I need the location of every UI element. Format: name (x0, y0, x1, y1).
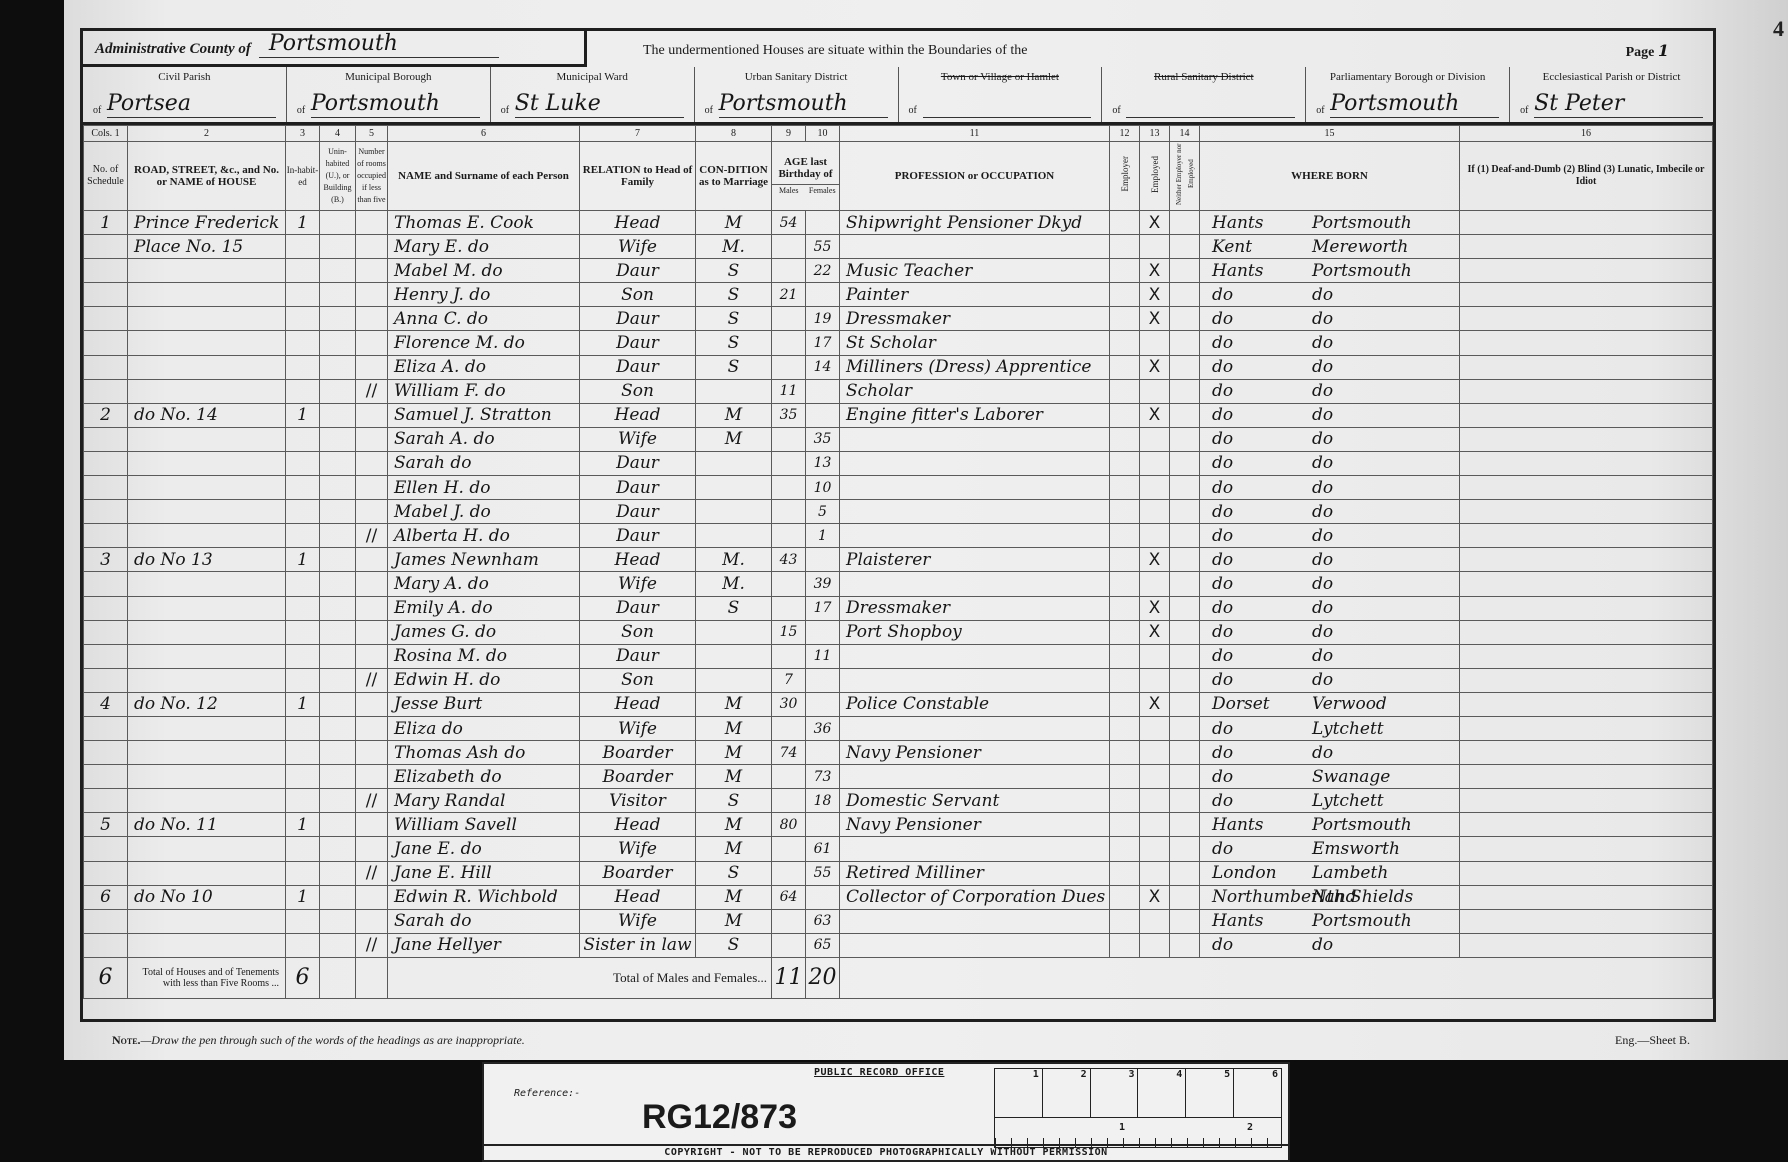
area-label: Town or Village or Hamlet (899, 71, 1102, 83)
inhabited (286, 789, 320, 813)
born-place: do (1312, 934, 1333, 956)
household-end-mark (356, 644, 388, 668)
condition: M (696, 716, 772, 740)
area-4: Town or Village or Hamletof (899, 67, 1103, 122)
household-end-mark (356, 476, 388, 500)
occupation (840, 909, 1110, 933)
male-age (772, 861, 806, 885)
road-address (128, 909, 286, 933)
female-age: 11 (806, 644, 840, 668)
born-county: do (1200, 934, 1312, 956)
born-place: Portsmouth (1312, 814, 1412, 836)
reference-number: RG12/873 (642, 1098, 797, 1137)
area-1: Municipal BoroughofPortsmouth (287, 67, 491, 122)
born-county: do (1200, 549, 1312, 571)
road-address (128, 861, 286, 885)
census-row: //Mary RandalVisitorS18Domestic Servantd… (84, 789, 1713, 813)
relation: Son (580, 620, 696, 644)
header-neither: Neither Employer nor Employed (1170, 142, 1200, 211)
female-age: 36 (806, 716, 840, 740)
born-place: do (1312, 477, 1333, 499)
scale-inch-label: 1 (1119, 1122, 1125, 1133)
female-age (806, 813, 840, 837)
person-name: Jesse Burt (388, 692, 580, 716)
area-3: Urban Sanitary DistrictofPortsmouth (695, 67, 899, 122)
occupation (840, 765, 1110, 789)
born-place: Lytchett (1312, 718, 1384, 740)
condition (696, 379, 772, 403)
occupation (840, 644, 1110, 668)
area-label: Parliamentary Borough or Division (1306, 71, 1509, 83)
header-road: ROAD, STREET, &c., and No. or NAME of HO… (128, 142, 286, 211)
born-place: Lytchett (1312, 790, 1384, 812)
road-address (128, 765, 286, 789)
relation: Daur (580, 500, 696, 524)
household-end-mark: // (356, 861, 388, 885)
employed-mark (1140, 572, 1170, 596)
road-address: do No. 11 (128, 813, 286, 837)
where-born: NorthumberlandNth Shields (1200, 885, 1460, 909)
road-address (128, 933, 286, 957)
census-row: Eliza A. doDaurS14Milliners (Dress) Appr… (84, 355, 1713, 379)
household-end-mark (356, 307, 388, 331)
road-address: Place No. 15 (128, 235, 286, 259)
inhabited (286, 355, 320, 379)
where-born: doLytchett (1200, 789, 1460, 813)
person-name: Thomas Ash do (388, 741, 580, 765)
condition: M (696, 211, 772, 235)
employed-mark (1140, 789, 1170, 813)
condition (696, 644, 772, 668)
header-employed: Employed (1140, 142, 1170, 211)
employed-mark (1140, 861, 1170, 885)
schedule-number (84, 837, 128, 861)
person-name: Jane Hellyer (388, 933, 580, 957)
employed-mark: X (1140, 259, 1170, 283)
female-age: 5 (806, 500, 840, 524)
born-place: Verwood (1312, 693, 1387, 715)
female-age (806, 668, 840, 692)
born-county: do (1200, 452, 1312, 474)
female-age (806, 403, 840, 427)
household-end-mark (356, 451, 388, 475)
area-value: Portsmouth (311, 91, 480, 118)
column-number: 3 (286, 126, 320, 142)
occupation: Engine fitter's Laborer (840, 403, 1110, 427)
census-row: Anna C. doDaurS19DressmakerXdodo (84, 307, 1713, 331)
person-name: Eliza do (388, 716, 580, 740)
schedule-number (84, 235, 128, 259)
area-of: of (909, 105, 917, 116)
schedule-number (84, 765, 128, 789)
total-schedules: 6 (84, 957, 128, 998)
column-number: 16 (1460, 126, 1713, 142)
where-born: dodo (1200, 741, 1460, 765)
record-office-label: PUBLIC RECORD OFFICE (814, 1067, 944, 1078)
female-age: 61 (806, 837, 840, 861)
condition: M (696, 813, 772, 837)
column-number: 11 (840, 126, 1110, 142)
relation: Sister in law (580, 933, 696, 957)
employed-mark: X (1140, 620, 1170, 644)
relation: Visitor (580, 789, 696, 813)
schedule-number: 4 (84, 692, 128, 716)
header-occupation: PROFESSION or OCCUPATION (840, 142, 1110, 211)
born-place: do (1312, 621, 1333, 643)
schedule-number (84, 355, 128, 379)
inhabited: 1 (286, 403, 320, 427)
where-born: dodo (1200, 379, 1460, 403)
page-number: Page 1 (1626, 41, 1669, 61)
road-address: Prince Frederick (128, 211, 286, 235)
area-label: Rural Sanitary District (1102, 71, 1305, 83)
census-row: Mary A. doWifeM.39dodo (84, 572, 1713, 596)
occupation: St Scholar (840, 331, 1110, 355)
schedule-number: 2 (84, 403, 128, 427)
male-age (772, 716, 806, 740)
road-address: do No. 12 (128, 692, 286, 716)
schedule-number (84, 451, 128, 475)
occupation (840, 500, 1110, 524)
occupation: Painter (840, 283, 1110, 307)
census-sheet: Administrative County of Portsmouth The … (64, 0, 1788, 1060)
area-6: Parliamentary Borough or DivisionofPorts… (1306, 67, 1510, 122)
born-place: do (1312, 573, 1333, 595)
condition (696, 451, 772, 475)
born-county: do (1200, 718, 1312, 740)
born-place: Nth Shields (1312, 886, 1413, 908)
person-name: Sarah A. do (388, 427, 580, 451)
female-age (806, 885, 840, 909)
header-name: NAME and Surname of each Person (388, 142, 580, 211)
male-age (772, 451, 806, 475)
admin-county-label: Administrative County of (95, 41, 251, 58)
relation: Boarder (580, 765, 696, 789)
relation: Daur (580, 524, 696, 548)
employed-mark (1140, 909, 1170, 933)
column-number: 2 (128, 126, 286, 142)
female-age: 39 (806, 572, 840, 596)
employed-mark (1140, 765, 1170, 789)
male-age (772, 524, 806, 548)
household-end-mark: // (356, 789, 388, 813)
born-county: do (1200, 356, 1312, 378)
born-county: Hants (1200, 814, 1312, 836)
inhabited (286, 933, 320, 957)
header-inhabited: In-habit-ed (286, 142, 320, 211)
household-end-mark: // (356, 933, 388, 957)
person-name: Samuel J. Stratton (388, 403, 580, 427)
schedule-number (84, 283, 128, 307)
born-place: Lambeth (1312, 862, 1388, 884)
male-age (772, 235, 806, 259)
person-name: Rosina M. do (388, 644, 580, 668)
inhabited (286, 716, 320, 740)
male-age (772, 331, 806, 355)
road-address (128, 644, 286, 668)
where-born: doLytchett (1200, 716, 1460, 740)
where-born: dodo (1200, 572, 1460, 596)
condition (696, 668, 772, 692)
employed-mark (1140, 427, 1170, 451)
relation: Daur (580, 596, 696, 620)
column-number: 12 (1110, 126, 1140, 142)
female-age: 55 (806, 235, 840, 259)
employed-mark: X (1140, 355, 1170, 379)
occupation: Plaisterer (840, 548, 1110, 572)
condition: M (696, 837, 772, 861)
person-name: Mabel M. do (388, 259, 580, 283)
born-county: do (1200, 766, 1312, 788)
inhabited: 1 (286, 885, 320, 909)
female-age: 65 (806, 933, 840, 957)
condition: M (696, 885, 772, 909)
person-name: Sarah do (388, 909, 580, 933)
condition: S (696, 355, 772, 379)
born-place: do (1312, 308, 1333, 330)
male-age (772, 765, 806, 789)
female-age: 17 (806, 331, 840, 355)
employed-mark: X (1140, 596, 1170, 620)
column-number: 13 (1140, 126, 1170, 142)
employed-mark (1140, 668, 1170, 692)
schedule-number (84, 789, 128, 813)
page-number-value: 1 (1658, 41, 1669, 60)
female-age (806, 548, 840, 572)
male-age (772, 596, 806, 620)
male-age (772, 307, 806, 331)
occupation: Shipwright Pensioner Dkyd (840, 211, 1110, 235)
person-name: Ellen H. do (388, 476, 580, 500)
male-age: 35 (772, 403, 806, 427)
person-name: Emily A. do (388, 596, 580, 620)
person-name: Eliza A. do (388, 355, 580, 379)
census-row: Rosina M. doDaur11dodo (84, 644, 1713, 668)
inhabited (286, 596, 320, 620)
born-place: do (1312, 404, 1333, 426)
occupation: Domestic Servant (840, 789, 1110, 813)
male-age: 43 (772, 548, 806, 572)
born-place: do (1312, 645, 1333, 667)
where-born: dodo (1200, 427, 1460, 451)
census-row: James G. doSon15Port ShopboyXdodo (84, 620, 1713, 644)
header-males: Males (772, 185, 806, 197)
where-born: HantsPortsmouth (1200, 813, 1460, 837)
person-name: Florence M. do (388, 331, 580, 355)
road-address: do No 10 (128, 885, 286, 909)
road-address (128, 331, 286, 355)
scale-cm-label: 2 (1043, 1069, 1091, 1117)
area-label: Civil Parish (83, 71, 286, 83)
schedule-number: 5 (84, 813, 128, 837)
where-born: dodo (1200, 524, 1460, 548)
female-age: 10 (806, 476, 840, 500)
road-address (128, 451, 286, 475)
road-address (128, 379, 286, 403)
female-age (806, 692, 840, 716)
condition: S (696, 331, 772, 355)
relation: Son (580, 283, 696, 307)
column-number: 15 (1200, 126, 1460, 142)
household-end-mark (356, 331, 388, 355)
female-age (806, 741, 840, 765)
census-row: Eliza doWifeM36doLytchett (84, 716, 1713, 740)
census-row: Mabel M. doDaurS22Music TeacherXHantsPor… (84, 259, 1713, 283)
area-value: St Peter (1534, 91, 1703, 118)
header-rooms: Number of rooms occupied if less than fi… (356, 142, 388, 211)
schedule-number (84, 379, 128, 403)
where-born: dodo (1200, 283, 1460, 307)
condition (696, 500, 772, 524)
relation: Daur (580, 451, 696, 475)
reference-strip: PUBLIC RECORD OFFICE Reference:- RG12/87… (482, 1062, 1290, 1162)
person-name: Sarah do (388, 451, 580, 475)
total-females: 20 (806, 957, 840, 998)
schedule-number (84, 741, 128, 765)
male-age: 74 (772, 741, 806, 765)
male-age (772, 644, 806, 668)
sheet-label: Eng.—Sheet B. (1615, 1033, 1690, 1048)
occupation (840, 572, 1110, 596)
scale-cm-label: 5 (1186, 1069, 1234, 1117)
condition: M (696, 427, 772, 451)
born-place: do (1312, 549, 1333, 571)
born-county: do (1200, 308, 1312, 330)
female-age (806, 283, 840, 307)
sheet-corner-number: 4 (1773, 16, 1784, 42)
relation: Wife (580, 837, 696, 861)
household-end-mark (356, 741, 388, 765)
boundaries-text: The undermentioned Houses are situate wi… (643, 43, 1028, 59)
condition: S (696, 259, 772, 283)
condition: M (696, 692, 772, 716)
page-label: Page (1626, 45, 1655, 60)
born-county: Hants (1200, 910, 1312, 932)
census-row: Sarah doWifeM63HantsPortsmouth (84, 909, 1713, 933)
area-value (1126, 91, 1295, 118)
female-age: 13 (806, 451, 840, 475)
condition (696, 620, 772, 644)
where-born: dodo (1200, 355, 1460, 379)
where-born: dodo (1200, 668, 1460, 692)
road-address (128, 259, 286, 283)
condition: M (696, 403, 772, 427)
born-county: do (1200, 284, 1312, 306)
where-born: HantsPortsmouth (1200, 211, 1460, 235)
census-row: //Jane HellyerSister in lawS65dodo (84, 933, 1713, 957)
relation: Head (580, 403, 696, 427)
person-name: William F. do (388, 379, 580, 403)
where-born: LondonLambeth (1200, 861, 1460, 885)
inhabited (286, 259, 320, 283)
census-row: //Jane E. HillBoarderS55Retired Milliner… (84, 861, 1713, 885)
where-born: dodo (1200, 403, 1460, 427)
inhabited (286, 331, 320, 355)
inhabited (286, 644, 320, 668)
person-name: Edwin H. do (388, 668, 580, 692)
occupation: Port Shopboy (840, 620, 1110, 644)
schedule-number: 6 (84, 885, 128, 909)
road-address (128, 668, 286, 692)
header-employer: Employer (1110, 142, 1140, 211)
census-row: 5do No. 111William SavellHeadM80Navy Pen… (84, 813, 1713, 837)
condition: S (696, 596, 772, 620)
schedule-number (84, 524, 128, 548)
employed-mark: X (1140, 548, 1170, 572)
male-age: 21 (772, 283, 806, 307)
male-age (772, 500, 806, 524)
area-of: of (1520, 105, 1528, 116)
born-place: do (1312, 597, 1333, 619)
household-end-mark (356, 813, 388, 837)
person-name: Elizabeth do (388, 765, 580, 789)
header-condition: CON-DITION as to Marriage (696, 142, 772, 211)
born-county: do (1200, 597, 1312, 619)
born-place: do (1312, 428, 1333, 450)
note-text: —Draw the pen through such of the words … (141, 1033, 525, 1047)
condition: M. (696, 235, 772, 259)
employed-mark: X (1140, 885, 1170, 909)
relation: Daur (580, 644, 696, 668)
census-row: Emily A. doDaurS17DressmakerXdodo (84, 596, 1713, 620)
column-number: 6 (388, 126, 580, 142)
occupation (840, 524, 1110, 548)
schedule-number (84, 596, 128, 620)
person-name: Alberta H. do (388, 524, 580, 548)
area-7: Ecclesiastical Parish or DistrictofSt Pe… (1510, 67, 1713, 122)
inhabited (286, 668, 320, 692)
header-relation: RELATION to Head of Family (580, 142, 696, 211)
female-age (806, 620, 840, 644)
census-row: Place No. 15Mary E. doWifeM.55KentMerewo… (84, 235, 1713, 259)
condition: M (696, 909, 772, 933)
census-row: //Edwin H. doSon7dodo (84, 668, 1713, 692)
born-county: Dorset (1200, 693, 1312, 715)
census-row: Mabel J. doDaur5dodo (84, 500, 1713, 524)
inhabited: 1 (286, 548, 320, 572)
employed-mark: X (1140, 692, 1170, 716)
relation: Boarder (580, 861, 696, 885)
female-age: 17 (806, 596, 840, 620)
male-age: 54 (772, 211, 806, 235)
born-county: do (1200, 525, 1312, 547)
road-address (128, 789, 286, 813)
inhabited (286, 451, 320, 475)
inhabited (286, 379, 320, 403)
born-place: do (1312, 742, 1333, 764)
household-end-mark (356, 620, 388, 644)
born-county: London (1200, 862, 1312, 884)
female-age: 18 (806, 789, 840, 813)
born-county: do (1200, 645, 1312, 667)
scale-cm-label: 6 (1234, 1069, 1281, 1117)
household-end-mark (356, 355, 388, 379)
born-place: Mereworth (1312, 236, 1408, 258)
header-where-born: WHERE BORN (1200, 142, 1460, 211)
born-county: do (1200, 332, 1312, 354)
copyright-notice: COPYRIGHT - NOT TO BE REPRODUCED PHOTOGR… (484, 1144, 1288, 1160)
household-end-mark (356, 259, 388, 283)
schedule-number (84, 427, 128, 451)
where-born: dodo (1200, 451, 1460, 475)
household-end-mark (356, 235, 388, 259)
employed-mark: X (1140, 283, 1170, 307)
born-county: do (1200, 621, 1312, 643)
born-place: do (1312, 501, 1333, 523)
column-number: Cols. 1 (84, 126, 128, 142)
relation: Daur (580, 307, 696, 331)
born-place: Swanage (1312, 766, 1390, 788)
